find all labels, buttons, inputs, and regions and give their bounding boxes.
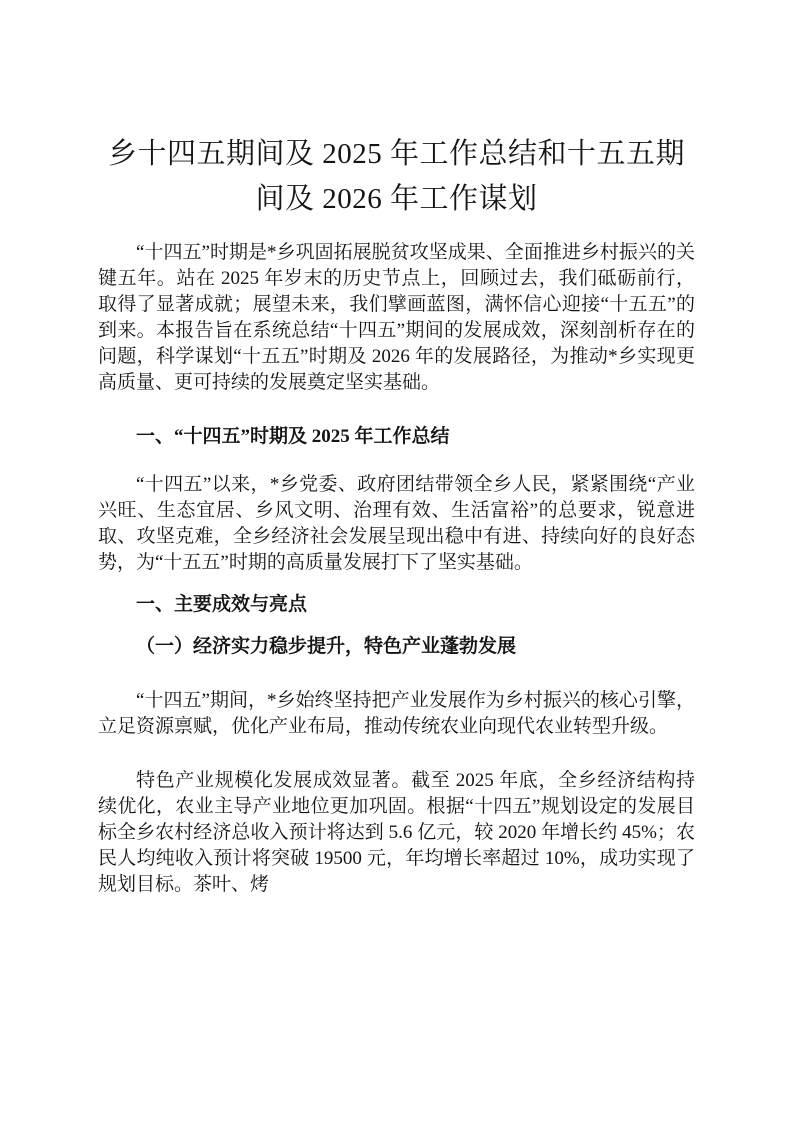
subsection-heading-achievements: 一、主要成效与亮点 — [98, 592, 695, 618]
subsection-heading-economy: （一）经济实力稳步提升，特色产业蓬勃发展 — [98, 634, 695, 660]
section-heading-work-summary: 一、“十四五”时期及 2025 年工作总结 — [98, 424, 695, 450]
section-intro-paragraph: “十四五”以来，*乡党委、政府团结带领全乡人民，紧紧围绕“产业兴旺、生态宜居、乡… — [98, 472, 695, 576]
industry-paragraph: “十四五”期间，*乡始终坚持把产业发展作为乡村振兴的核心引擎，立足资源禀赋，优化… — [98, 688, 695, 740]
economy-stats-paragraph: 特色产业规模化发展成效显著。截至 2025 年底，全乡经济结构持续优化，农业主导… — [98, 768, 695, 898]
document-title: 乡十四五期间及 2025 年工作总结和十五五期间及 2026 年工作谋划 — [98, 132, 695, 222]
document-page: 乡十四五期间及 2025 年工作总结和十五五期间及 2026 年工作谋划 “十四… — [0, 0, 793, 1121]
intro-paragraph: “十四五”时期是*乡巩固拓展脱贫攻坚成果、全面推进乡村振兴的关键五年。站在 20… — [98, 240, 695, 396]
